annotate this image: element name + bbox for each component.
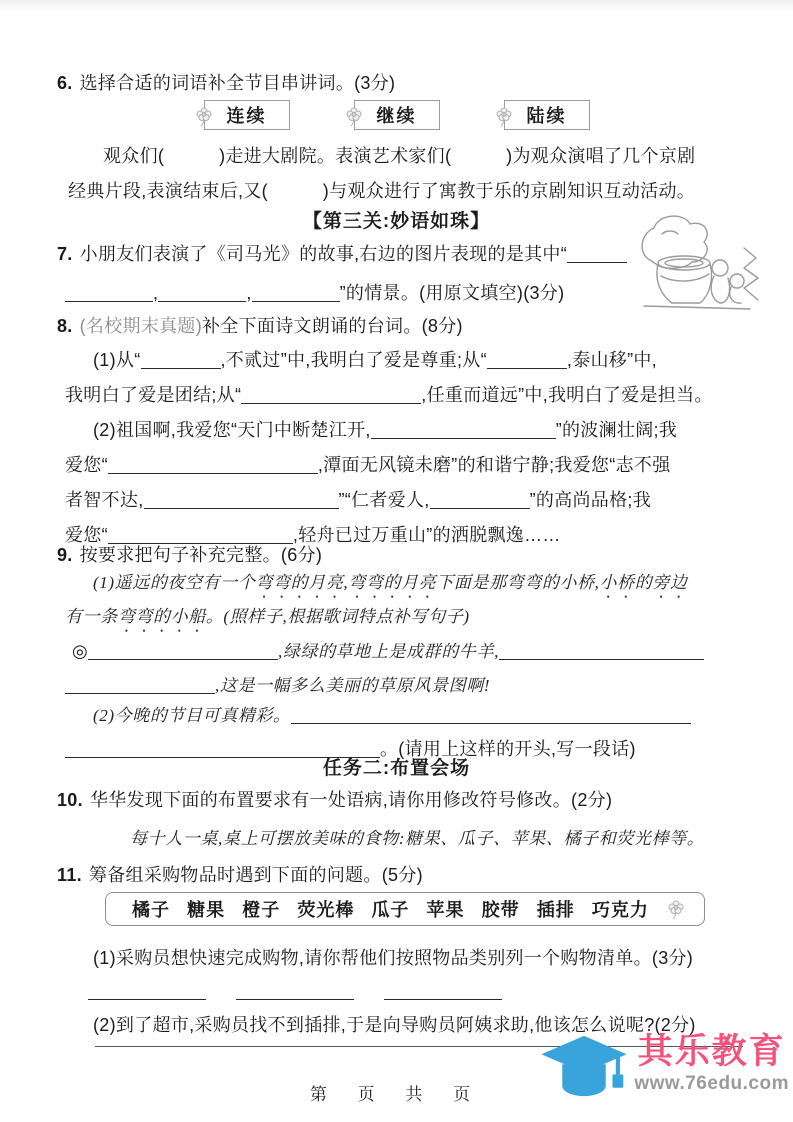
word-bank-item: 橘子 — [132, 896, 170, 922]
example-text: 的 — [635, 573, 653, 592]
question-text: 爱您“ — [65, 455, 108, 475]
blank-line — [65, 286, 153, 302]
word-option-label: 继续 — [377, 102, 417, 128]
question-9-stem: 9.按要求把句子补充完整。(6分) — [57, 542, 322, 568]
question-9-answer-line-2: ,这是一幅多么美丽的草原风景图啊! — [65, 672, 490, 699]
flower-icon — [194, 105, 214, 127]
question-text: 我明白了爱是团结;从“ — [65, 385, 241, 405]
word-bank-item: 胶带 — [482, 896, 520, 922]
blank-line — [144, 493, 339, 509]
question-9-example-line-2: 有一条弯弯的小船。(照样子,根据歌词特点补写句子) — [65, 604, 470, 636]
question-text: ”的情景。(用原文填空)(3分) — [340, 283, 565, 303]
blank-line — [141, 353, 221, 369]
blank-line — [108, 458, 318, 474]
question-title: 华华发现下面的布置要求有一处语病,请你用修改符号修改。(2分) — [90, 790, 612, 810]
graduation-cap-icon — [538, 1032, 630, 1110]
word-option-luxu: 陆续 — [504, 100, 590, 130]
question-title: 选择合适的词语补全节目串讲词。(3分) — [80, 73, 396, 93]
emphasized-text: 弯弯的月亮 — [255, 573, 343, 592]
question-text: ,轻舟已过万重山”的洒脱飘逸…… — [293, 525, 561, 545]
brand-name: 其乐教育 — [638, 1032, 786, 1072]
question-text: (2)今晚的节目可真精彩。 — [93, 706, 291, 725]
exam-page: 6.选择合适的词语补全节目串讲词。(3分) 连续 继续 陆续 观众们( )走进大… — [0, 0, 793, 1122]
blank-line — [65, 678, 215, 694]
blank-line — [88, 984, 206, 1000]
question-number: 6. — [57, 73, 80, 93]
question-6-paragraph-line-1: 观众们( )走进大剧院。表演艺术家们( )为观众演唱了几个京剧 — [103, 143, 695, 169]
scan-edge-band — [0, 0, 793, 12]
answer-text: ,这是一幅多么美丽的草原风景图啊! — [215, 676, 490, 695]
word-bank-item: 巧克力 — [592, 896, 649, 922]
question-8-line-1: (1)从“,不贰过”中,我明白了爱是尊重;从“,泰山移”中, — [93, 347, 657, 373]
question-text: (2)祖国啊,我爱您“天门中断楚江开, — [93, 420, 371, 440]
word-option-label: 陆续 — [527, 102, 567, 128]
publisher-logo-text: 其乐教育 www.76edu.com — [634, 1032, 789, 1096]
question-text: ,泰山移”中, — [567, 350, 657, 370]
question-6-paragraph-line-2: 经典片段,表演结束后,又( )与观众进行了寓教于乐的京剧知识互动活动。 — [68, 178, 695, 204]
word-bank-item: 糖果 — [187, 896, 225, 922]
example-text: 下面是那弯弯的小桥, — [436, 573, 599, 592]
blank-line — [430, 493, 530, 509]
flower-icon — [666, 898, 686, 920]
question-text: ,潭面无风镜未磨”的和谐宁静;我爱您“志不强 — [318, 455, 671, 475]
question-9-answer-line-1: ◎,绿绿的草地上是成群的牛羊, — [72, 638, 704, 665]
question-7-line-2: ,,”的情景。(用原文填空)(3分) — [65, 280, 564, 306]
blank-line — [252, 286, 340, 302]
question-number: 8. — [57, 316, 80, 336]
question-text: ,不贰过”中,我明白了爱是尊重;从“ — [221, 350, 487, 370]
flower-icon — [494, 105, 514, 127]
word-bank-item: 橙子 — [242, 896, 280, 922]
blank-line — [384, 984, 502, 1000]
word-bank-item: 苹果 — [427, 896, 465, 922]
question-number: 11. — [57, 865, 89, 885]
publisher-logo: 其乐教育 www.76edu.com — [538, 1032, 789, 1110]
answer-blanks-row — [88, 984, 532, 1002]
question-8-line-4: 爱您“,潭面无风镜未磨”的和谐宁静;我爱您“志不强 — [65, 452, 671, 478]
question-10-stem: 10.华华发现下面的布置要求有一处语病,请你用修改符号修改。(2分) — [57, 787, 612, 813]
question-10-sentence: 每十人一桌,桌上可摆放美味的食物:糖果、瓜子、苹果、橘子和荧光棒等。 — [130, 826, 704, 852]
question-8-line-5: 者智不达,”“仁者爱人,”的高尚品格;我 — [65, 487, 651, 513]
source-tag: (名校期末真题) — [80, 316, 202, 336]
answer-text: ,绿绿的草地上是成群的牛羊, — [278, 642, 499, 661]
word-bank-item: 荧光棒 — [297, 896, 354, 922]
example-text: 有一条 — [65, 607, 118, 626]
blank-line — [567, 247, 627, 263]
blank-line — [371, 423, 556, 439]
question-text: ,任重而道远”中,我明白了爱是担当。 — [421, 385, 712, 405]
sima-guang-jar-illustration — [632, 210, 762, 312]
question-8-line-3: (2)祖国啊,我爱您“天门中断楚江开,”的波澜壮阔;我 — [93, 417, 677, 443]
word-option-label: 连续 — [227, 102, 267, 128]
question-7-line-1: 7.小朋友们表演了《司马光》的故事,右边的图片表现的是其中“ — [57, 241, 627, 267]
blank-line — [88, 644, 278, 660]
question-8-line-2: 我明白了爱是团结;从“,任重而道远”中,我明白了爱是担当。 — [65, 382, 713, 408]
question-number: 7. — [57, 244, 80, 264]
question-text: 者智不达, — [65, 490, 144, 510]
emphasized-text: 旁边 — [652, 573, 687, 592]
word-bank-box: 橘子 糖果 橙子 荧光棒 瓜子 苹果 胶带 插排 巧克力 — [105, 892, 705, 926]
question-text: 小朋友们表演了《司马光》的故事,右边的图片表现的是其中“ — [80, 244, 567, 264]
brand-url: www.76edu.com — [634, 1072, 789, 1096]
blank-line — [291, 708, 691, 724]
question-6-stem: 6.选择合适的词语补全节目串讲词。(3分) — [57, 70, 395, 96]
flower-icon — [344, 105, 364, 127]
word-bank-item: 瓜子 — [371, 896, 409, 922]
question-title: 筹备组采购物品时遇到下面的问题。(5分) — [89, 865, 423, 885]
question-title: 按要求把句子补充完整。(6分) — [80, 545, 323, 565]
question-text: ”的高尚品格;我 — [530, 490, 651, 510]
question-text: ”的波澜壮阔;我 — [556, 420, 677, 440]
word-bank-item: 插排 — [537, 896, 575, 922]
question-9-sub-2-line-1: (2)今晚的节目可真精彩。 — [93, 702, 691, 729]
blank-line — [487, 353, 567, 369]
blank-line — [158, 286, 246, 302]
blank-line — [241, 388, 421, 404]
question-9-example-line-1: (1)遥远的夜空有一个弯弯的月亮,弯弯的月亮下面是那弯弯的小桥,小桥的旁边 — [93, 570, 688, 602]
task-2-header: 任务二:布置会场 — [0, 756, 793, 782]
question-text: (1)从“ — [93, 350, 141, 370]
word-option-jixu: 继续 — [354, 100, 440, 130]
question-11-sub-1: (1)采购员想快速完成购物,请你帮他们按照物品类别列一个购物清单。(3分) — [93, 945, 693, 971]
word-options-row: 连续 继续 陆续 — [0, 100, 793, 130]
example-text: (1)遥远的夜空有一个 — [93, 573, 255, 592]
emphasized-text: 弯弯的小船 — [118, 607, 206, 626]
question-number: 10. — [57, 790, 90, 810]
word-option-lianxu: 连续 — [204, 100, 290, 130]
question-title: 补全下面诗文朗诵的台词。(8分) — [202, 316, 463, 336]
bullet-circle-mark: ◎ — [72, 641, 88, 661]
emphasized-text: 小桥 — [600, 573, 635, 592]
blank-line — [236, 984, 354, 1000]
blank-line — [499, 644, 704, 660]
emphasized-text: 弯弯的月亮 — [348, 573, 436, 592]
question-8-stem: 8.(名校期末真题)补全下面诗文朗诵的台词。(8分) — [57, 313, 463, 339]
question-11-stem: 11.筹备组采购物品时遇到下面的问题。(5分) — [57, 862, 423, 888]
question-number: 9. — [57, 545, 80, 565]
example-text: 。(照样子,根据歌词特点补写句子) — [206, 607, 470, 626]
question-text: ”“仁者爱人, — [339, 490, 430, 510]
